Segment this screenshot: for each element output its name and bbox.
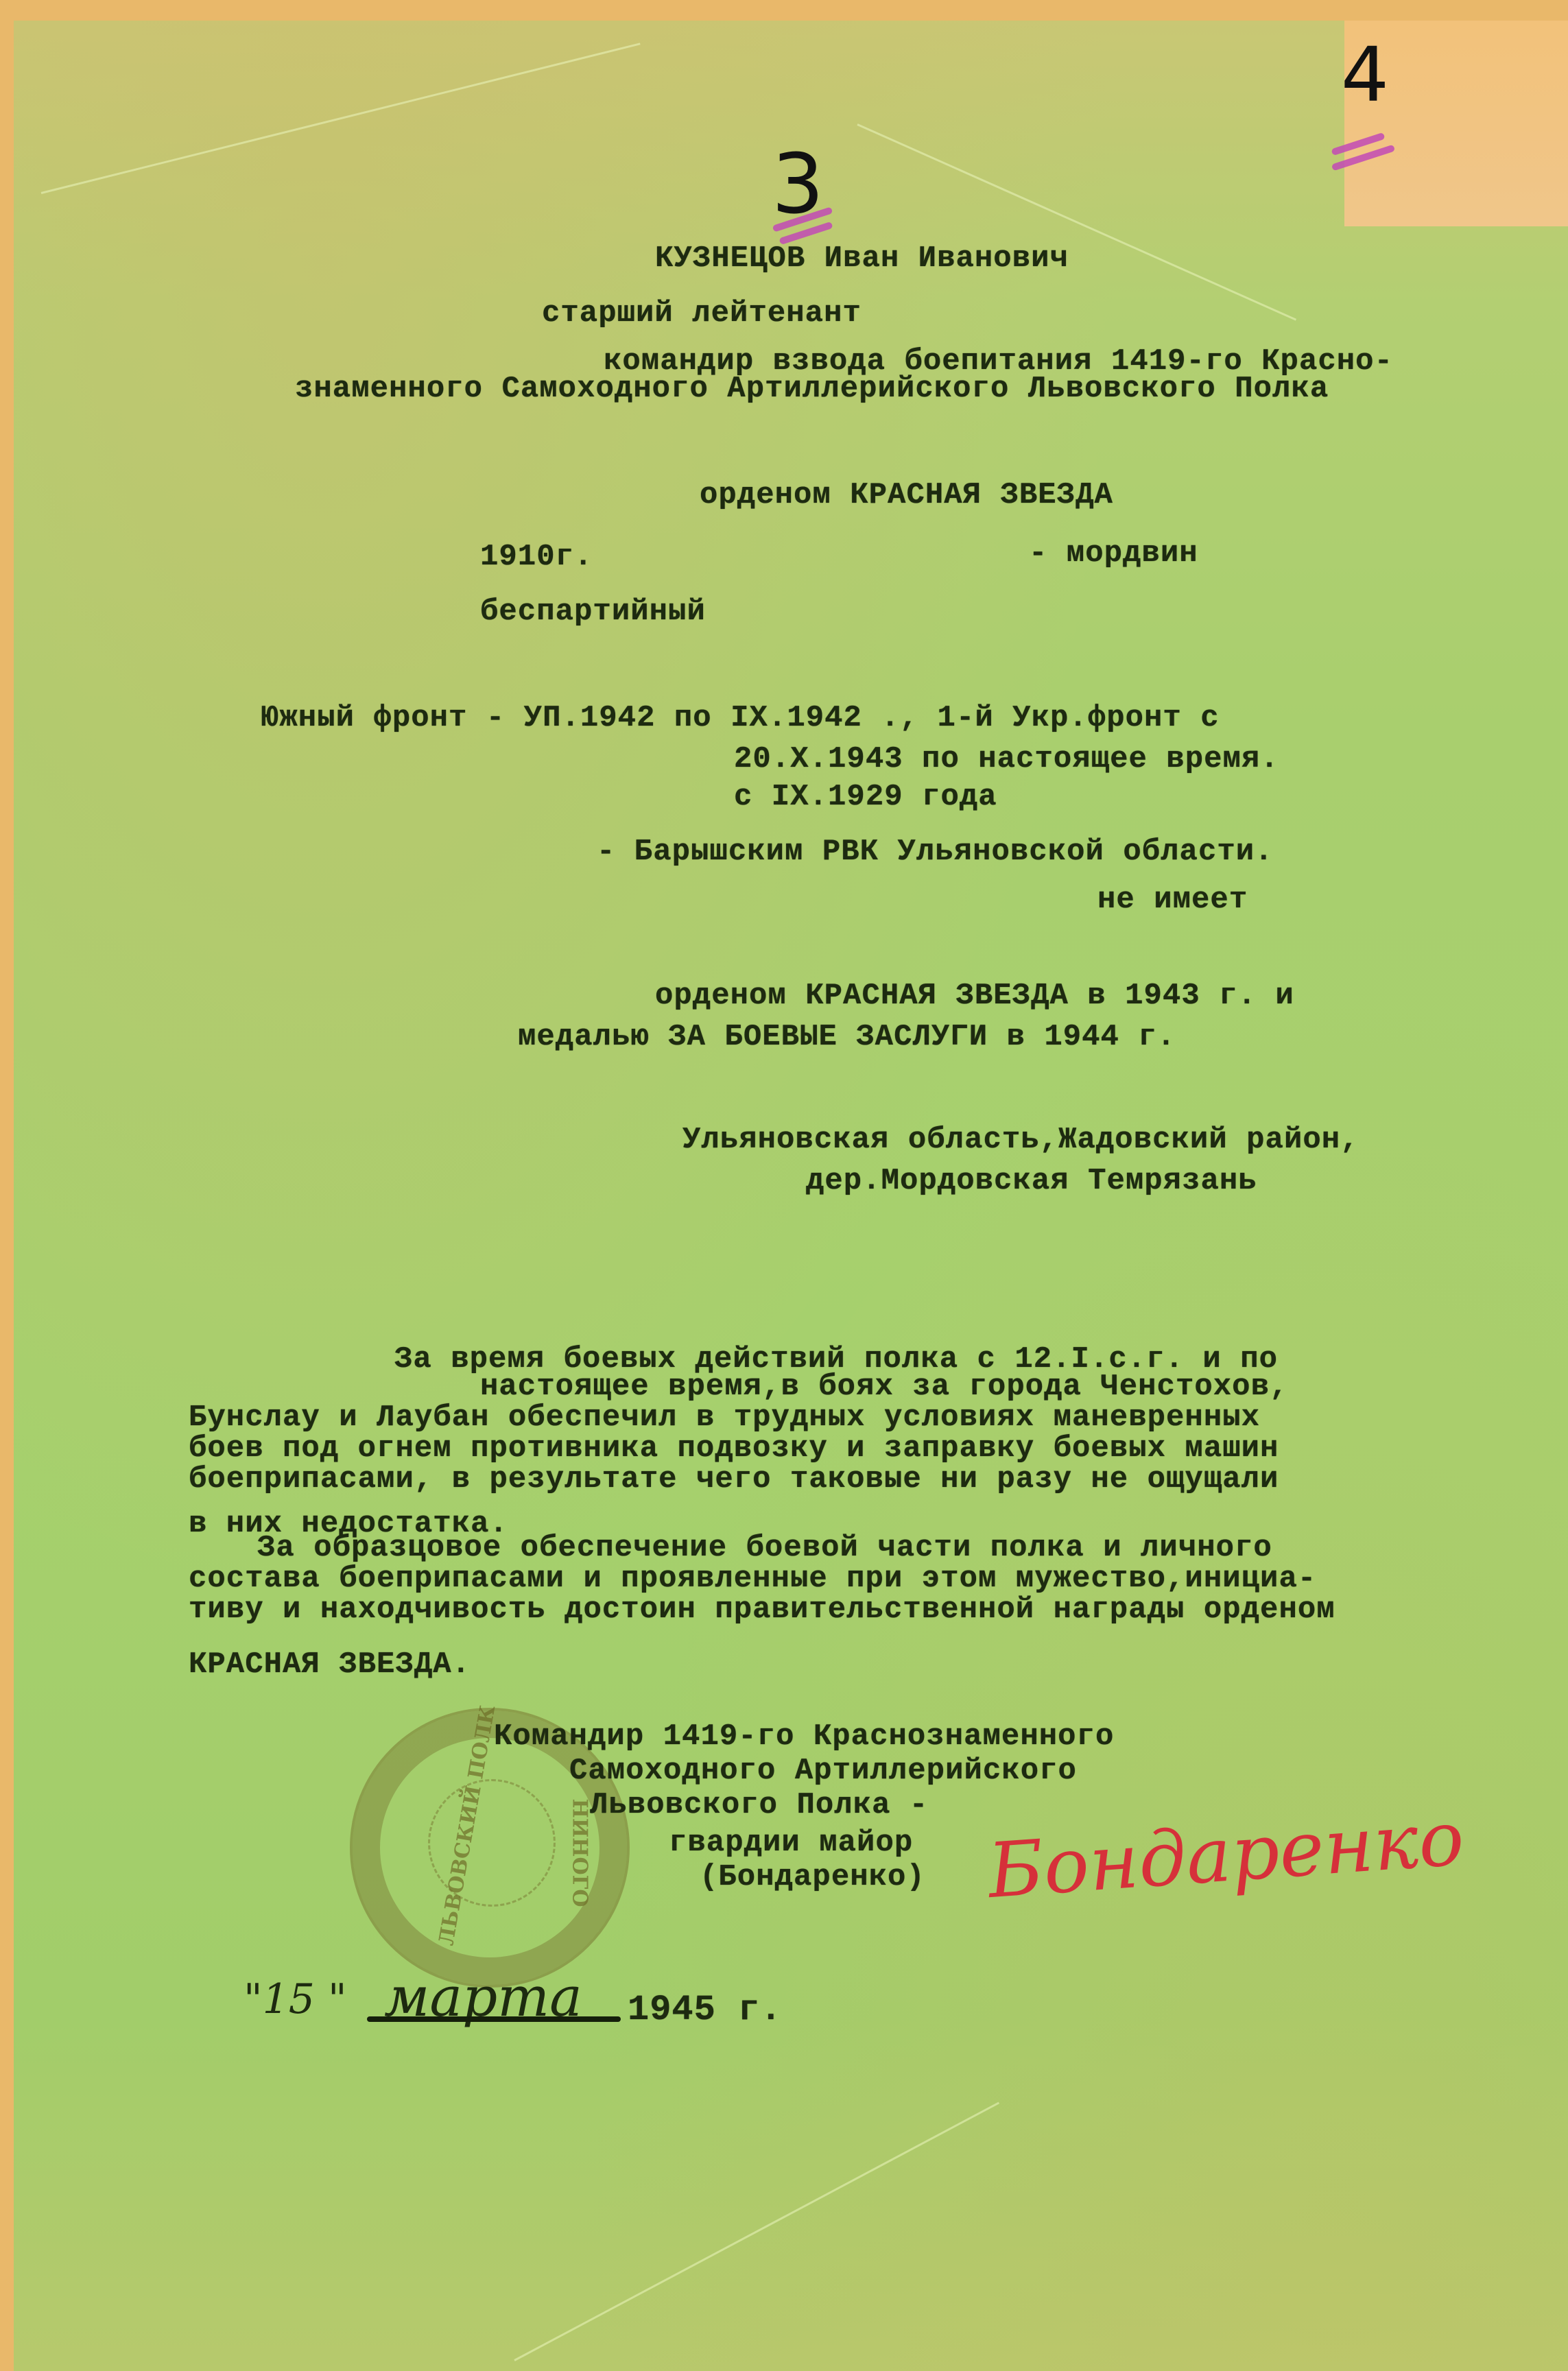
citation-line: КРАСНАЯ ЗВЕЗДА. bbox=[189, 1649, 471, 1680]
signatory-line-2: Самоходного Артиллерийского bbox=[569, 1756, 1077, 1786]
service-line-3: с IX.1929 года bbox=[734, 782, 997, 812]
nominated-award: орденом КРАСНАЯ ЗВЕЗДА bbox=[700, 480, 1113, 510]
signatory-line-3: Львовского Полка - bbox=[590, 1790, 928, 1820]
citation-line: боев под огнем противника подвозку и зап… bbox=[189, 1433, 1279, 1464]
citation-line: Бунслау и Лаубан обеспечил в трудных усл… bbox=[189, 1403, 1260, 1433]
rank: старший лейтенант bbox=[542, 298, 862, 329]
service-line-1: Южный фронт - УП.1942 по IX.1942 ., 1-й … bbox=[261, 703, 1220, 733]
date-month-underline bbox=[367, 2016, 621, 2022]
position-line-2: знаменного Самоходного Артиллерийского Л… bbox=[295, 374, 1329, 404]
folio-number-primary: 4 bbox=[1341, 31, 1389, 119]
address-line-2: дер.Мордовская Темрязань bbox=[806, 1166, 1257, 1196]
person-name: КУЗНЕЦОВ Иван Иванович bbox=[655, 243, 1069, 274]
signatory-line-4: гвардии майор bbox=[669, 1828, 913, 1858]
service-line-2: 20.X.1943 по настоящее время. bbox=[734, 744, 1279, 774]
signatory-line-1: Командир 1419-го Краснознаменного bbox=[494, 1721, 1114, 1752]
previous-awards-line-2: медалью ЗА БОЕВЫЕ ЗАСЛУГИ в 1944 г. bbox=[518, 1022, 1176, 1052]
date-quote-open: " bbox=[243, 1975, 263, 2023]
date-day-value: 15 bbox=[263, 1975, 315, 2023]
citation-line: тиву и находчивость достоин правительств… bbox=[189, 1595, 1335, 1625]
date-year: 1945 г. bbox=[628, 1992, 782, 2028]
party-membership: беспартийный bbox=[480, 597, 706, 627]
wounds: не имеет bbox=[1097, 885, 1248, 915]
previous-awards-line-1: орденом КРАСНАЯ ЗВЕЗДА в 1943 г. и bbox=[655, 981, 1294, 1011]
citation-line: За образцовое обеспечение боевой части п… bbox=[257, 1533, 1272, 1563]
birth-year: 1910г. bbox=[480, 542, 593, 572]
date-quote-close: " bbox=[315, 1975, 347, 2023]
citation-line: боеприпасами, в результате чего таковые … bbox=[189, 1464, 1279, 1494]
citation-line: настоящее время,в боях за города Ченстох… bbox=[480, 1372, 1288, 1402]
signatory-line-5: (Бондаренко) bbox=[700, 1862, 925, 1892]
nationality: - мордвин bbox=[1029, 538, 1198, 569]
date-day: "15 " bbox=[243, 1975, 347, 2023]
drafted-by: - Барышским РВК Ульяновской области. bbox=[597, 837, 1274, 867]
address-line-1: Ульяновская область,Жадовский район, bbox=[682, 1125, 1359, 1155]
citation-line: состава боеприпасами и проявленные при э… bbox=[189, 1564, 1316, 1594]
seal-text-right: НИНОГО bbox=[567, 1798, 591, 1907]
